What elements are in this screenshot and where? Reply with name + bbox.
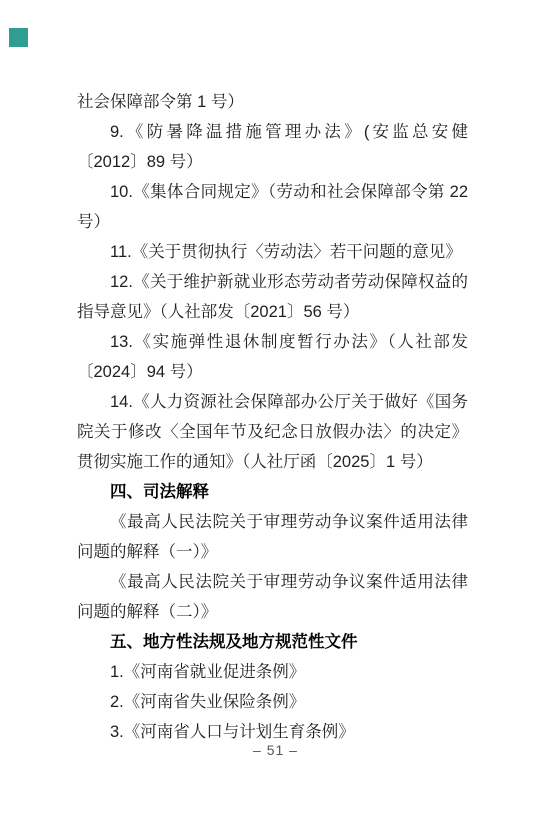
local-item-2: 2.《河南省失业保险条例》	[77, 687, 468, 717]
regulation-item-13: 13.《实施弹性退休制度暂行办法》（人社部发〔2024〕94 号）	[77, 327, 468, 387]
teal-marker-icon	[9, 28, 28, 47]
regulation-item-10: 10.《集体合同规定》（劳动和社会保障部令第 22 号）	[77, 177, 468, 237]
page-number: – 51 –	[0, 740, 551, 760]
section-heading-judicial: 四、司法解释	[77, 477, 468, 507]
regulation-item-11: 11.《关于贯彻执行〈劳动法〉若干问题的意见》	[77, 237, 468, 267]
local-item-1: 1.《河南省就业促进条例》	[77, 657, 468, 687]
regulation-item-14: 14.《人力资源社会保障部办公厅关于做好《国务院关于修改〈全国年节及纪念日放假办…	[77, 387, 468, 477]
document-body: 社会保障部令第 1 号） 9.《防暑降温措施管理办法》(安监总安健〔2012〕8…	[77, 87, 468, 747]
judicial-item-1: 《最高人民法院关于审理劳动争议案件适用法律问题的解释（一）》	[77, 507, 468, 567]
section-heading-local: 五、地方性法规及地方规范性文件	[77, 627, 468, 657]
continuation-line: 社会保障部令第 1 号）	[77, 87, 468, 117]
document-page: 社会保障部令第 1 号） 9.《防暑降温措施管理办法》(安监总安健〔2012〕8…	[0, 0, 551, 826]
regulation-item-9: 9.《防暑降温措施管理办法》(安监总安健〔2012〕89 号）	[77, 117, 468, 177]
regulation-item-12: 12.《关于维护新就业形态劳动者劳动保障权益的指导意见》（人社部发〔2021〕5…	[77, 267, 468, 327]
judicial-item-2: 《最高人民法院关于审理劳动争议案件适用法律问题的解释（二）》	[77, 567, 468, 627]
